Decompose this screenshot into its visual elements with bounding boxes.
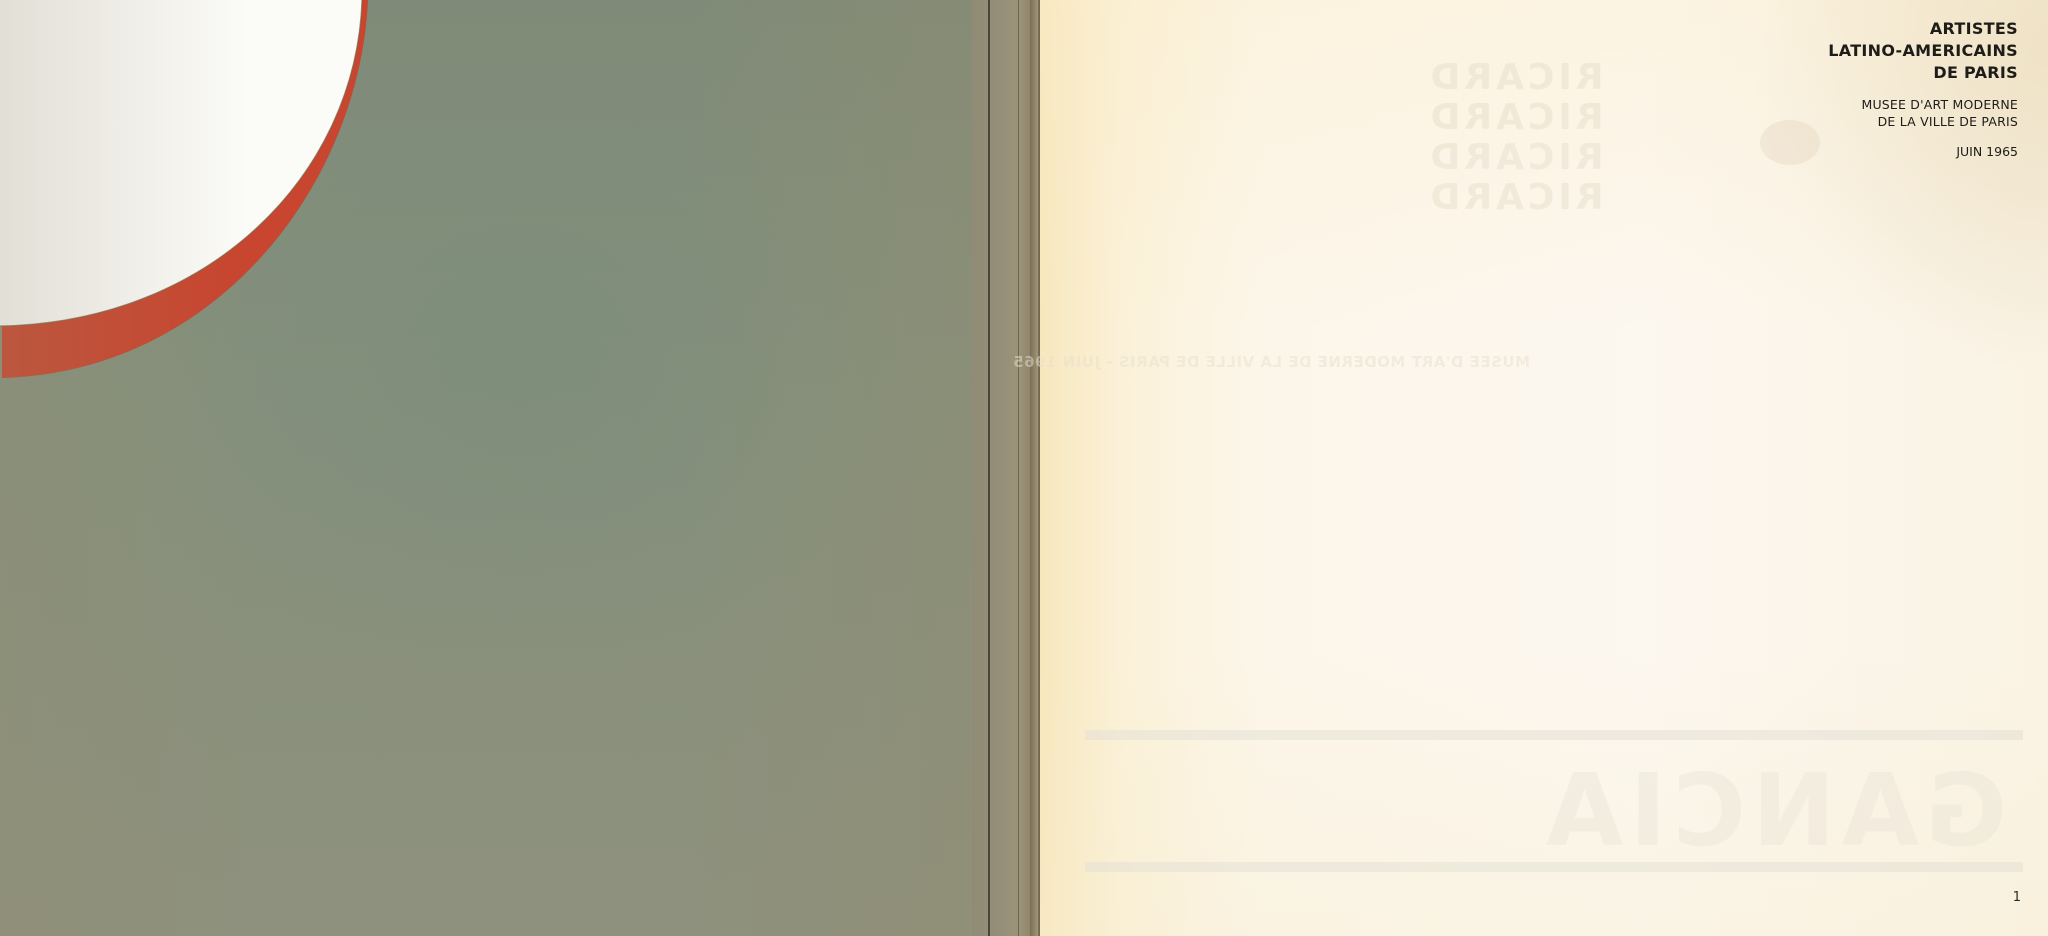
show-through-gancia: GANCIA xyxy=(1540,752,2007,869)
catalogue-spread: RICARD RICARD RICARD RICARD MUSEE D'ART … xyxy=(0,0,2048,936)
circle-arc-artwork xyxy=(0,0,400,400)
title-line: ARTISTES xyxy=(1828,18,2018,40)
show-through-ricard: RICARD RICARD RICARD RICARD xyxy=(1410,58,1620,218)
white-circle-shape xyxy=(0,0,362,326)
title-block: ARTISTES LATINO-AMERICAINS DE PARIS MUSE… xyxy=(1828,18,2018,160)
show-through-museum-line: MUSEE D'ART MODERNE DE LA VILLE DE PARIS… xyxy=(1090,353,1530,371)
ghost-ricard-line: RICARD xyxy=(1410,178,1620,218)
spine-crease-inner xyxy=(1018,0,1019,936)
spine-crease xyxy=(988,0,990,936)
exhibition-date: JUIN 1965 xyxy=(1828,143,2018,160)
title-page: RICARD RICARD RICARD RICARD MUSEE D'ART … xyxy=(1040,0,2048,936)
show-through-band-top xyxy=(1085,730,2023,740)
ghost-ricard-line: RICARD xyxy=(1410,58,1620,98)
museum-line: MUSEE D'ART MODERNE xyxy=(1828,96,2018,113)
museum-line: DE LA VILLE DE PARIS xyxy=(1828,113,2018,130)
page-edge xyxy=(1030,0,1038,936)
title-line: LATINO-AMERICAINS xyxy=(1828,40,2018,62)
back-cover xyxy=(0,0,990,936)
museum-block: MUSEE D'ART MODERNE DE LA VILLE DE PARIS xyxy=(1828,96,2018,130)
ghost-ricard-line: RICARD xyxy=(1410,98,1620,138)
paper-stain xyxy=(1760,120,1820,165)
title-line: DE PARIS xyxy=(1828,62,2018,84)
page-number: 1 xyxy=(2013,890,2021,905)
ghost-ricard-line: RICARD xyxy=(1410,138,1620,178)
show-through-band-bottom xyxy=(1085,862,2023,872)
